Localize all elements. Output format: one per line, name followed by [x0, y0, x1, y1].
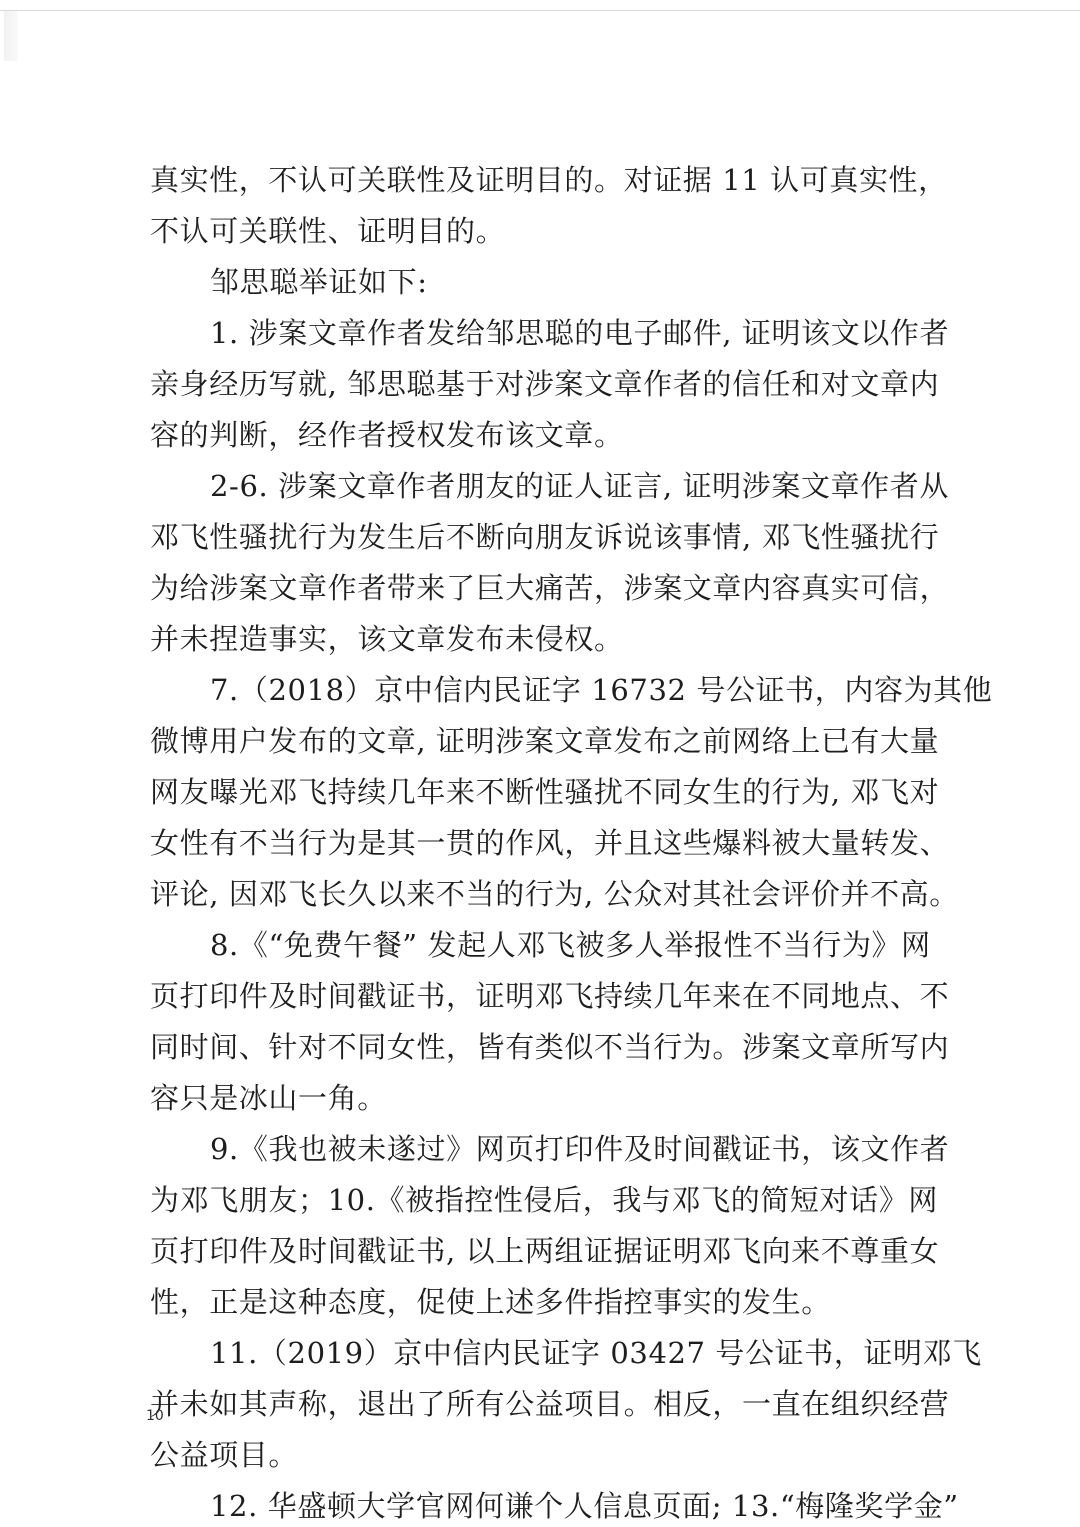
text-line: 性，正是这种态度，促使上述多件指控事实的发生。	[150, 1277, 922, 1328]
text-line: 容的判断，经作者授权发布该文章。	[150, 410, 922, 461]
text-line: 1. 涉案文章作者发给邹思聪的电子邮件, 证明该文以作者	[150, 308, 922, 359]
text-line: 为给涉案文章作者带来了巨大痛苦，涉案文章内容真实可信，	[150, 563, 922, 614]
text-line: 微博用户发布的文章, 证明涉案文章发布之前网络上已有大量	[150, 716, 922, 767]
text-line: 评论, 因邓飞长久以来不当的行为, 公众对其社会评价并不高。	[150, 869, 922, 920]
text-line: 亲身经历写就, 邹思聪基于对涉案文章作者的信任和对文章内	[150, 359, 922, 410]
paragraph-evidence-12-13: 12. 华盛顿大学官网何谦个人信息页面; 13.“梅隆奖学金”	[150, 1481, 922, 1527]
paragraph-evidence-2-6: 2-6. 涉案文章作者朋友的证人证言, 证明涉案文章作者从 邓飞性骚扰行为发生后…	[150, 461, 922, 665]
paragraph-evidence-11: 11.（2019）京中信内民证字 03427 号公证书，证明邓飞 并未如其声称，…	[150, 1328, 922, 1481]
paragraph-evidence-heading: 邹思聪举证如下:	[150, 257, 922, 308]
paragraph-continuation: 真实性，不认可关联性及证明目的。对证据 11 认可真实性， 不认可关联性、证明目…	[150, 155, 922, 257]
text-line: 12. 华盛顿大学官网何谦个人信息页面; 13.“梅隆奖学金”	[150, 1481, 922, 1527]
text-line: 页打印件及时间戳证书，证明邓飞持续几年来在不同地点、不	[150, 971, 922, 1022]
text-line: 2-6. 涉案文章作者朋友的证人证言, 证明涉案文章作者从	[150, 461, 922, 512]
text-line: 7.（2018）京中信内民证字 16732 号公证书，内容为其他	[150, 665, 922, 716]
text-line: 不认可关联性、证明目的。	[150, 206, 922, 257]
text-line: 页打印件及时间戳证书, 以上两组证据证明邓飞向来不尊重女	[150, 1226, 922, 1277]
text-line: 为邓飞朋友；10.《被指控性侵后，我与邓飞的简短对话》网	[150, 1175, 922, 1226]
paragraph-evidence-7: 7.（2018）京中信内民证字 16732 号公证书，内容为其他 微博用户发布的…	[150, 665, 922, 920]
scan-edge-top	[0, 10, 1080, 11]
text-line: 真实性，不认可关联性及证明目的。对证据 11 认可真实性，	[150, 155, 922, 206]
text-line: 并未捏造事实，该文章发布未侵权。	[150, 614, 922, 665]
document-body: 真实性，不认可关联性及证明目的。对证据 11 认可真实性， 不认可关联性、证明目…	[150, 155, 922, 1527]
paragraph-evidence-9-10: 9.《我也被未遂过》网页打印件及时间戳证书，该文作者 为邓飞朋友；10.《被指控…	[150, 1124, 922, 1328]
text-line: 11.（2019）京中信内民证字 03427 号公证书，证明邓飞	[150, 1328, 922, 1379]
page-number: 10	[146, 1408, 164, 1424]
text-line: 并未如其声称，退出了所有公益项目。相反，一直在组织经营	[150, 1379, 922, 1430]
scan-edge-left	[4, 11, 18, 61]
text-line: 8.《“免费午餐” 发起人邓飞被多人举报性不当行为》网	[150, 920, 922, 971]
paragraph-evidence-1: 1. 涉案文章作者发给邹思聪的电子邮件, 证明该文以作者 亲身经历写就, 邹思聪…	[150, 308, 922, 461]
text-line: 网友曝光邓飞持续几年来不断性骚扰不同女生的行为, 邓飞对	[150, 767, 922, 818]
text-line: 同时间、针对不同女性，皆有类似不当行为。涉案文章所写内	[150, 1022, 922, 1073]
paragraph-evidence-8: 8.《“免费午餐” 发起人邓飞被多人举报性不当行为》网 页打印件及时间戳证书，证…	[150, 920, 922, 1124]
text-line: 9.《我也被未遂过》网页打印件及时间戳证书，该文作者	[150, 1124, 922, 1175]
text-line: 女性有不当行为是其一贯的作风，并且这些爆料被大量转发、	[150, 818, 922, 869]
text-line: 邓飞性骚扰行为发生后不断向朋友诉说该事情, 邓飞性骚扰行	[150, 512, 922, 563]
text-line: 邹思聪举证如下:	[150, 257, 922, 308]
text-line: 公益项目。	[150, 1430, 922, 1481]
text-line: 容只是冰山一角。	[150, 1073, 922, 1124]
